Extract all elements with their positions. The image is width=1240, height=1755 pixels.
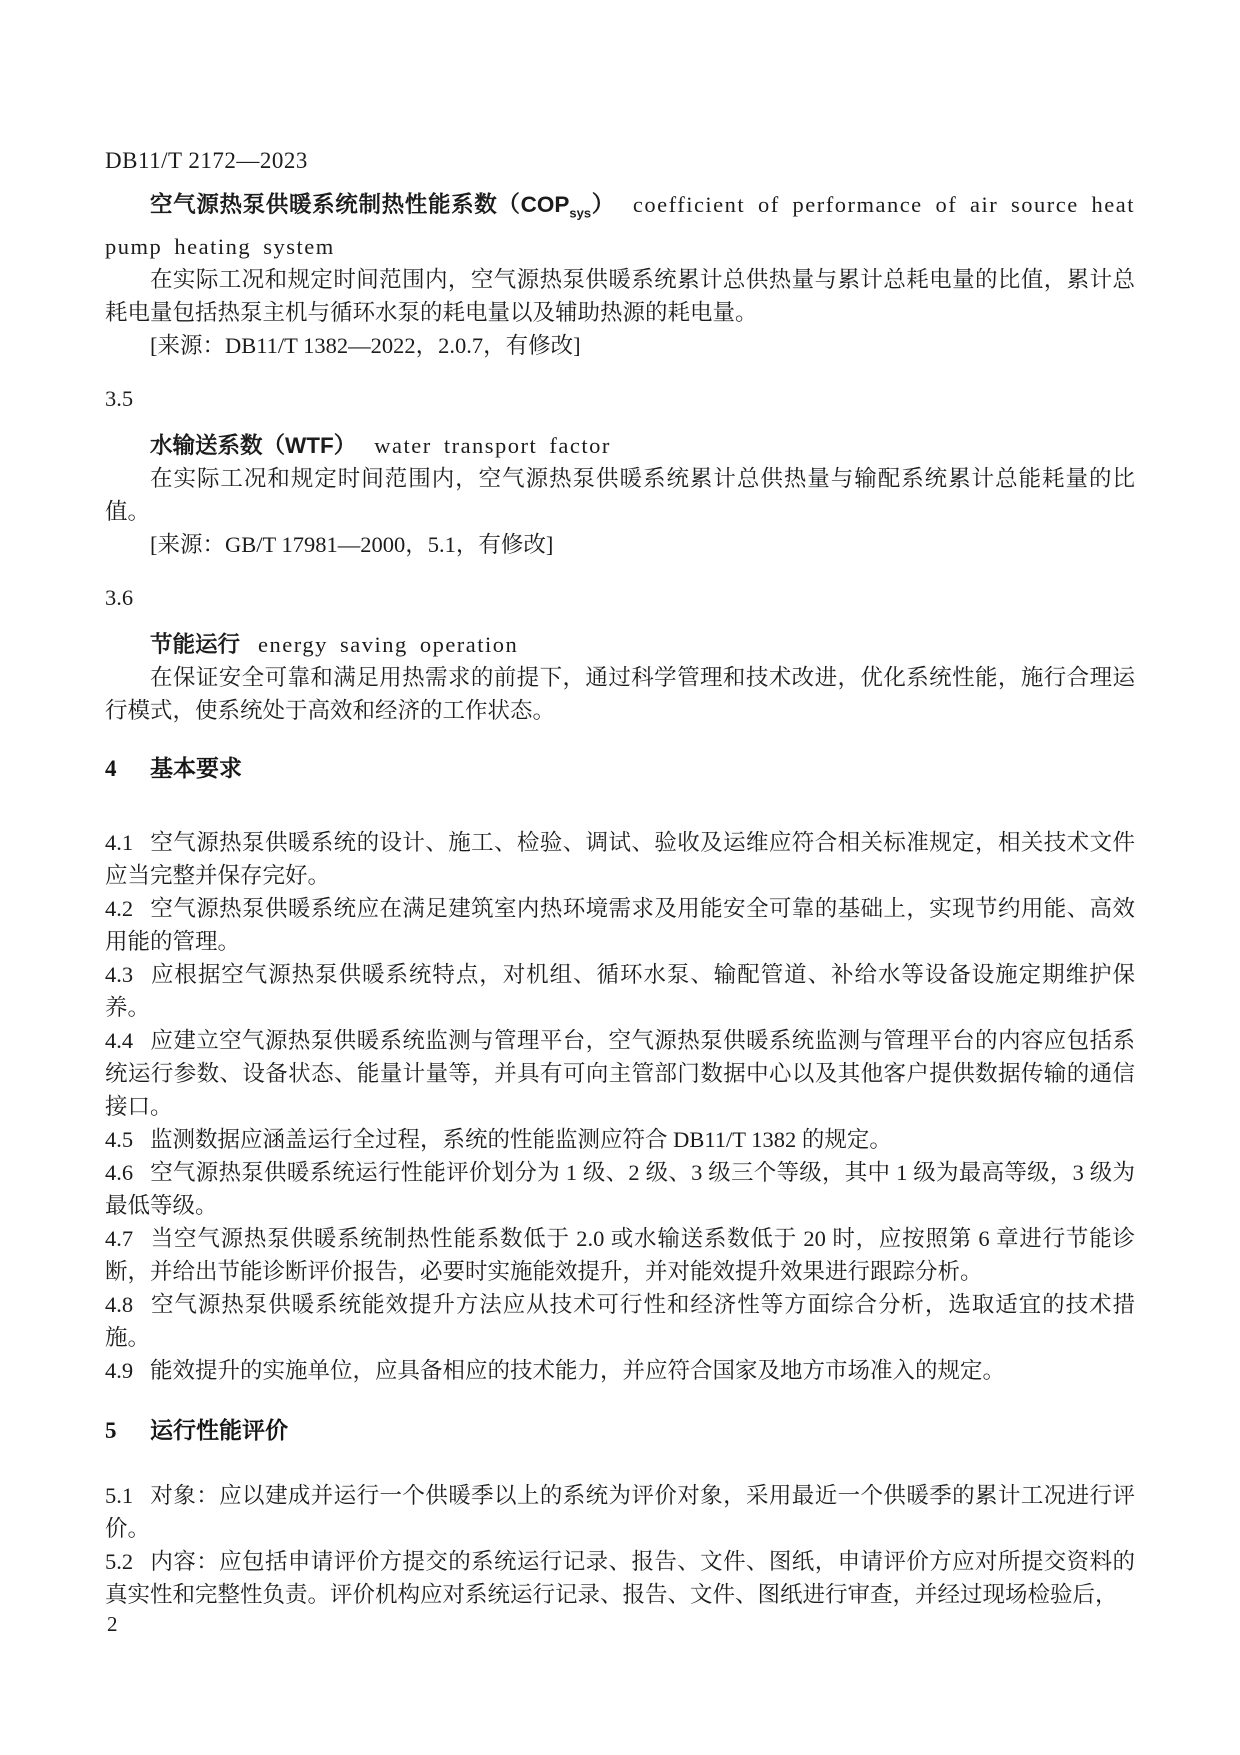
term-wtf-source: [来源：GB/T 17981—2000，5.1，有修改] bbox=[105, 528, 1135, 561]
clause-5-1: 5.1对象：应以建成并运行一个供暖季以上的系统为评价对象，采用最近一个供暖季的累… bbox=[105, 1479, 1135, 1545]
section-4-title: 基本要求 bbox=[150, 755, 242, 781]
clause-4-6-text: 空气源热泵供暖系统运行性能评价划分为 1 级、2 级、3 级三个等级，其中 1 … bbox=[105, 1160, 1135, 1218]
section-4-heading: 4基本要求 bbox=[105, 755, 1135, 782]
term-cop-definition: 在实际工况和规定时间范围内，空气源热泵供暖系统累计总供热量与累计总耗电量的比值，… bbox=[105, 263, 1135, 329]
document-page: DB11/T 2172—2023 空气源热泵供暖系统制热性能系数（COPsys）… bbox=[0, 0, 1240, 1755]
clause-4-2-text: 空气源热泵供暖系统应在满足建筑室内热环境需求及用能安全可靠的基础上，实现节约用能… bbox=[105, 896, 1135, 954]
clause-4-6: 4.6空气源热泵供暖系统运行性能评价划分为 1 级、2 级、3 级三个等级，其中… bbox=[105, 1156, 1135, 1222]
clause-4-8: 4.8空气源热泵供暖系统能效提升方法应从技术可行性和经济性等方面综合分析，选取适… bbox=[105, 1288, 1135, 1354]
clause-5-2: 5.2内容：应包括申请评价方提交的系统运行记录、报告、文件、图纸，申请评价方应对… bbox=[105, 1545, 1135, 1611]
term-cop-source: [来源：DB11/T 1382—2022，2.0.7，有修改] bbox=[105, 329, 1135, 362]
page-number: 2 bbox=[107, 1612, 118, 1636]
clause-4-5: 4.5监测数据应涵盖运行全过程，系统的性能监测应符合 DB11/T 1382 的… bbox=[105, 1123, 1135, 1156]
clause-4-5-number: 4.5 bbox=[105, 1123, 150, 1156]
term-wtf-line: 水输送系数（WTF）water transport factor bbox=[105, 429, 1135, 462]
clause-4-2: 4.2空气源热泵供暖系统应在满足建筑室内热环境需求及用能安全可靠的基础上，实现节… bbox=[105, 892, 1135, 958]
term-wtf-definition: 在实际工况和规定时间范围内，空气源热泵供暖系统累计总供热量与输配系统累计总能耗量… bbox=[105, 462, 1135, 528]
clause-4-7-text: 当空气源热泵供暖系统制热性能系数低于 2.0 或水输送系数低于 20 时，应按照… bbox=[105, 1226, 1135, 1284]
term-cop-line: 空气源热泵供暖系统制热性能系数（COPsys）coefficient of pe… bbox=[105, 188, 1135, 263]
clause-4-3-text: 应根据空气源热泵供暖系统特点，对机组、循环水泵、输配管道、补给水等设备设施定期维… bbox=[105, 962, 1135, 1020]
document-code: DB11/T 2172—2023 bbox=[105, 148, 1135, 174]
clause-5-2-number: 5.2 bbox=[105, 1545, 150, 1578]
clause-4-4-text: 应建立空气源热泵供暖系统监测与管理平台，空气源热泵供暖系统监测与管理平台的内容应… bbox=[105, 1028, 1135, 1119]
term-energy-saving-line: 节能运行energy saving operation bbox=[105, 628, 1135, 661]
clause-4-2-number: 4.2 bbox=[105, 892, 150, 925]
term-cop-zh-prefix: 空气源热泵供暖系统制热性能系数（COP bbox=[150, 192, 569, 217]
clause-5-2-text: 内容：应包括申请评价方提交的系统运行记录、报告、文件、图纸，申请评价方应对所提交… bbox=[105, 1549, 1135, 1607]
clause-4-9: 4.9能效提升的实施单位，应具备相应的技术能力，并应符合国家及地方市场准入的规定… bbox=[105, 1354, 1135, 1387]
section-4-number: 4 bbox=[105, 756, 150, 782]
clause-4-4-number: 4.4 bbox=[105, 1024, 150, 1057]
term-energy-saving-en: energy saving operation bbox=[258, 632, 518, 657]
clause-4-7-number: 4.7 bbox=[105, 1222, 150, 1255]
clause-4-8-text: 空气源热泵供暖系统能效提升方法应从技术可行性和经济性等方面综合分析，选取适宜的技… bbox=[105, 1292, 1135, 1350]
term-number-3-6: 3.6 bbox=[105, 581, 1135, 614]
clause-4-9-number: 4.9 bbox=[105, 1354, 150, 1387]
term-cop-subscript: sys bbox=[569, 206, 591, 221]
section-5-number: 5 bbox=[105, 1418, 150, 1444]
clause-4-8-number: 4.8 bbox=[105, 1288, 150, 1321]
clause-4-6-number: 4.6 bbox=[105, 1156, 150, 1189]
clause-4-1-text: 空气源热泵供暖系统的设计、施工、检验、调试、验收及运维应符合相关标准规定，相关技… bbox=[105, 830, 1135, 888]
clause-4-4: 4.4应建立空气源热泵供暖系统监测与管理平台，空气源热泵供暖系统监测与管理平台的… bbox=[105, 1024, 1135, 1123]
term-wtf-en: water transport factor bbox=[374, 433, 611, 458]
clause-4-7: 4.7当空气源热泵供暖系统制热性能系数低于 2.0 或水输送系数低于 20 时，… bbox=[105, 1222, 1135, 1288]
clause-4-5-text: 监测数据应涵盖运行全过程，系统的性能监测应符合 DB11/T 1382 的规定。 bbox=[150, 1127, 892, 1152]
clause-5-1-number: 5.1 bbox=[105, 1479, 150, 1512]
clause-5-1-text: 对象：应以建成并运行一个供暖季以上的系统为评价对象，采用最近一个供暖季的累计工况… bbox=[105, 1483, 1135, 1541]
clause-4-1: 4.1空气源热泵供暖系统的设计、施工、检验、调试、验收及运维应符合相关标准规定，… bbox=[105, 826, 1135, 892]
clause-4-3: 4.3应根据空气源热泵供暖系统特点，对机组、循环水泵、输配管道、补给水等设备设施… bbox=[105, 958, 1135, 1024]
section-5-heading: 5运行性能评价 bbox=[105, 1417, 1135, 1444]
section-5-title: 运行性能评价 bbox=[150, 1417, 288, 1443]
term-energy-saving-definition: 在保证安全可靠和满足用热需求的前提下，通过科学管理和技术改进，优化系统性能，施行… bbox=[105, 661, 1135, 727]
term-energy-saving-zh: 节能运行 bbox=[150, 632, 240, 657]
clause-4-9-text: 能效提升的实施单位，应具备相应的技术能力，并应符合国家及地方市场准入的规定。 bbox=[150, 1358, 1005, 1383]
clause-4-3-number: 4.3 bbox=[105, 958, 150, 991]
term-cop-zh: 空气源热泵供暖系统制热性能系数（COPsys） bbox=[150, 192, 615, 217]
term-wtf-zh: 水输送系数（WTF） bbox=[150, 433, 356, 458]
term-cop-zh-suffix: ） bbox=[591, 192, 615, 217]
clause-4-1-number: 4.1 bbox=[105, 826, 150, 859]
term-number-3-5: 3.5 bbox=[105, 382, 1135, 415]
